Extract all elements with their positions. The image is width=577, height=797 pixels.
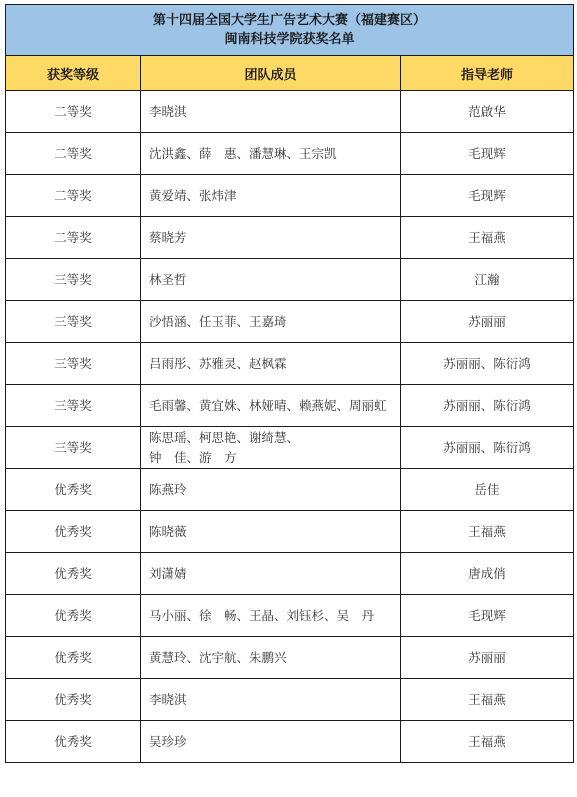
award-level-cell: 优秀奖 [6,511,141,553]
table-row: 优秀奖陈晓薇王福燕 [6,511,574,553]
advisor-cell: 王福燕 [401,217,574,259]
award-level-cell: 三等奖 [6,427,141,469]
team-members-cell: 马小丽、徐 畅、王晶、刘钰杉、吴 丹 [141,595,401,637]
title-line-1: 第十四届全国大学生广告艺术大赛（福建赛区） [6,11,573,30]
header-team-members: 团队成员 [141,56,401,91]
award-level-cell: 三等奖 [6,385,141,427]
team-members-cell: 黄爱靖、张炜津 [141,175,401,217]
advisor-cell: 毛现辉 [401,133,574,175]
award-level-cell: 二等奖 [6,133,141,175]
table-row: 优秀奖马小丽、徐 畅、王晶、刘钰杉、吴 丹毛现辉 [6,595,574,637]
advisor-cell: 王福燕 [401,511,574,553]
table-row: 三等奖陈思瑶、柯思艳、谢绮慧、 钟 佳、游 方苏丽丽、陈衍鸿 [6,427,574,469]
award-level-cell: 二等奖 [6,217,141,259]
team-members-cell: 陈燕玲 [141,469,401,511]
advisor-cell: 苏丽丽、陈衍鸿 [401,343,574,385]
advisor-cell: 毛现辉 [401,175,574,217]
team-members-cell: 沙悟涵、任玉菲、王嘉琦 [141,301,401,343]
award-level-cell: 优秀奖 [6,595,141,637]
award-level-cell: 优秀奖 [6,637,141,679]
table-row: 二等奖黄爱靖、张炜津毛现辉 [6,175,574,217]
header-award-level: 获奖等级 [6,56,141,91]
team-members-cell: 李晓淇 [141,91,401,133]
advisor-cell: 范啟华 [401,91,574,133]
advisor-cell: 苏丽丽 [401,637,574,679]
table-row: 优秀奖吴珍珍王福燕 [6,721,574,763]
team-members-cell: 黄慧玲、沈宇航、朱鹏兴 [141,637,401,679]
table-title: 第十四届全国大学生广告艺术大赛（福建赛区） 闽南科技学院获奖名单 [6,5,574,56]
award-level-cell: 三等奖 [6,259,141,301]
table-row: 三等奖毛雨馨、黄宜姝、林娅晴、赖燕妮、周丽虹苏丽丽、陈衍鸿 [6,385,574,427]
table-row: 二等奖沈洪鑫、薛 惠、潘慧琳、王宗凯毛现辉 [6,133,574,175]
team-members-cell: 陈思瑶、柯思艳、谢绮慧、 钟 佳、游 方 [141,427,401,469]
award-list-table: 第十四届全国大学生广告艺术大赛（福建赛区） 闽南科技学院获奖名单 获奖等级 团队… [5,4,574,763]
title-line-2: 闽南科技学院获奖名单 [6,30,573,49]
advisor-cell: 岳佳 [401,469,574,511]
advisor-cell: 江瀚 [401,259,574,301]
team-members-cell: 蔡晓芳 [141,217,401,259]
advisor-cell: 苏丽丽、陈衍鸿 [401,427,574,469]
header-advisor: 指导老师 [401,56,574,91]
team-members-cell: 林圣哲 [141,259,401,301]
table-row: 优秀奖李晓淇王福燕 [6,679,574,721]
award-level-cell: 优秀奖 [6,679,141,721]
table-row: 二等奖李晓淇范啟华 [6,91,574,133]
team-members-cell: 吴珍珍 [141,721,401,763]
table-row: 三等奖沙悟涵、任玉菲、王嘉琦苏丽丽 [6,301,574,343]
advisor-cell: 毛现辉 [401,595,574,637]
team-members-cell: 吕雨彤、苏雅灵、赵枫霖 [141,343,401,385]
advisor-cell: 王福燕 [401,721,574,763]
team-members-cell: 毛雨馨、黄宜姝、林娅晴、赖燕妮、周丽虹 [141,385,401,427]
advisor-cell: 王福燕 [401,679,574,721]
award-level-cell: 优秀奖 [6,721,141,763]
table-row: 优秀奖刘潇婧唐成俏 [6,553,574,595]
team-members-cell: 沈洪鑫、薛 惠、潘慧琳、王宗凯 [141,133,401,175]
award-level-cell: 优秀奖 [6,469,141,511]
award-level-cell: 三等奖 [6,301,141,343]
team-members-cell: 陈晓薇 [141,511,401,553]
advisor-cell: 苏丽丽、陈衍鸿 [401,385,574,427]
team-members-cell: 刘潇婧 [141,553,401,595]
advisor-cell: 唐成俏 [401,553,574,595]
award-level-cell: 优秀奖 [6,553,141,595]
table-row: 三等奖林圣哲江瀚 [6,259,574,301]
table-row: 三等奖吕雨彤、苏雅灵、赵枫霖苏丽丽、陈衍鸿 [6,343,574,385]
table-row: 优秀奖黄慧玲、沈宇航、朱鹏兴苏丽丽 [6,637,574,679]
table-row: 优秀奖陈燕玲岳佳 [6,469,574,511]
award-level-cell: 三等奖 [6,343,141,385]
award-level-cell: 二等奖 [6,91,141,133]
table-row: 二等奖蔡晓芳王福燕 [6,217,574,259]
advisor-cell: 苏丽丽 [401,301,574,343]
team-members-cell: 李晓淇 [141,679,401,721]
award-level-cell: 二等奖 [6,175,141,217]
